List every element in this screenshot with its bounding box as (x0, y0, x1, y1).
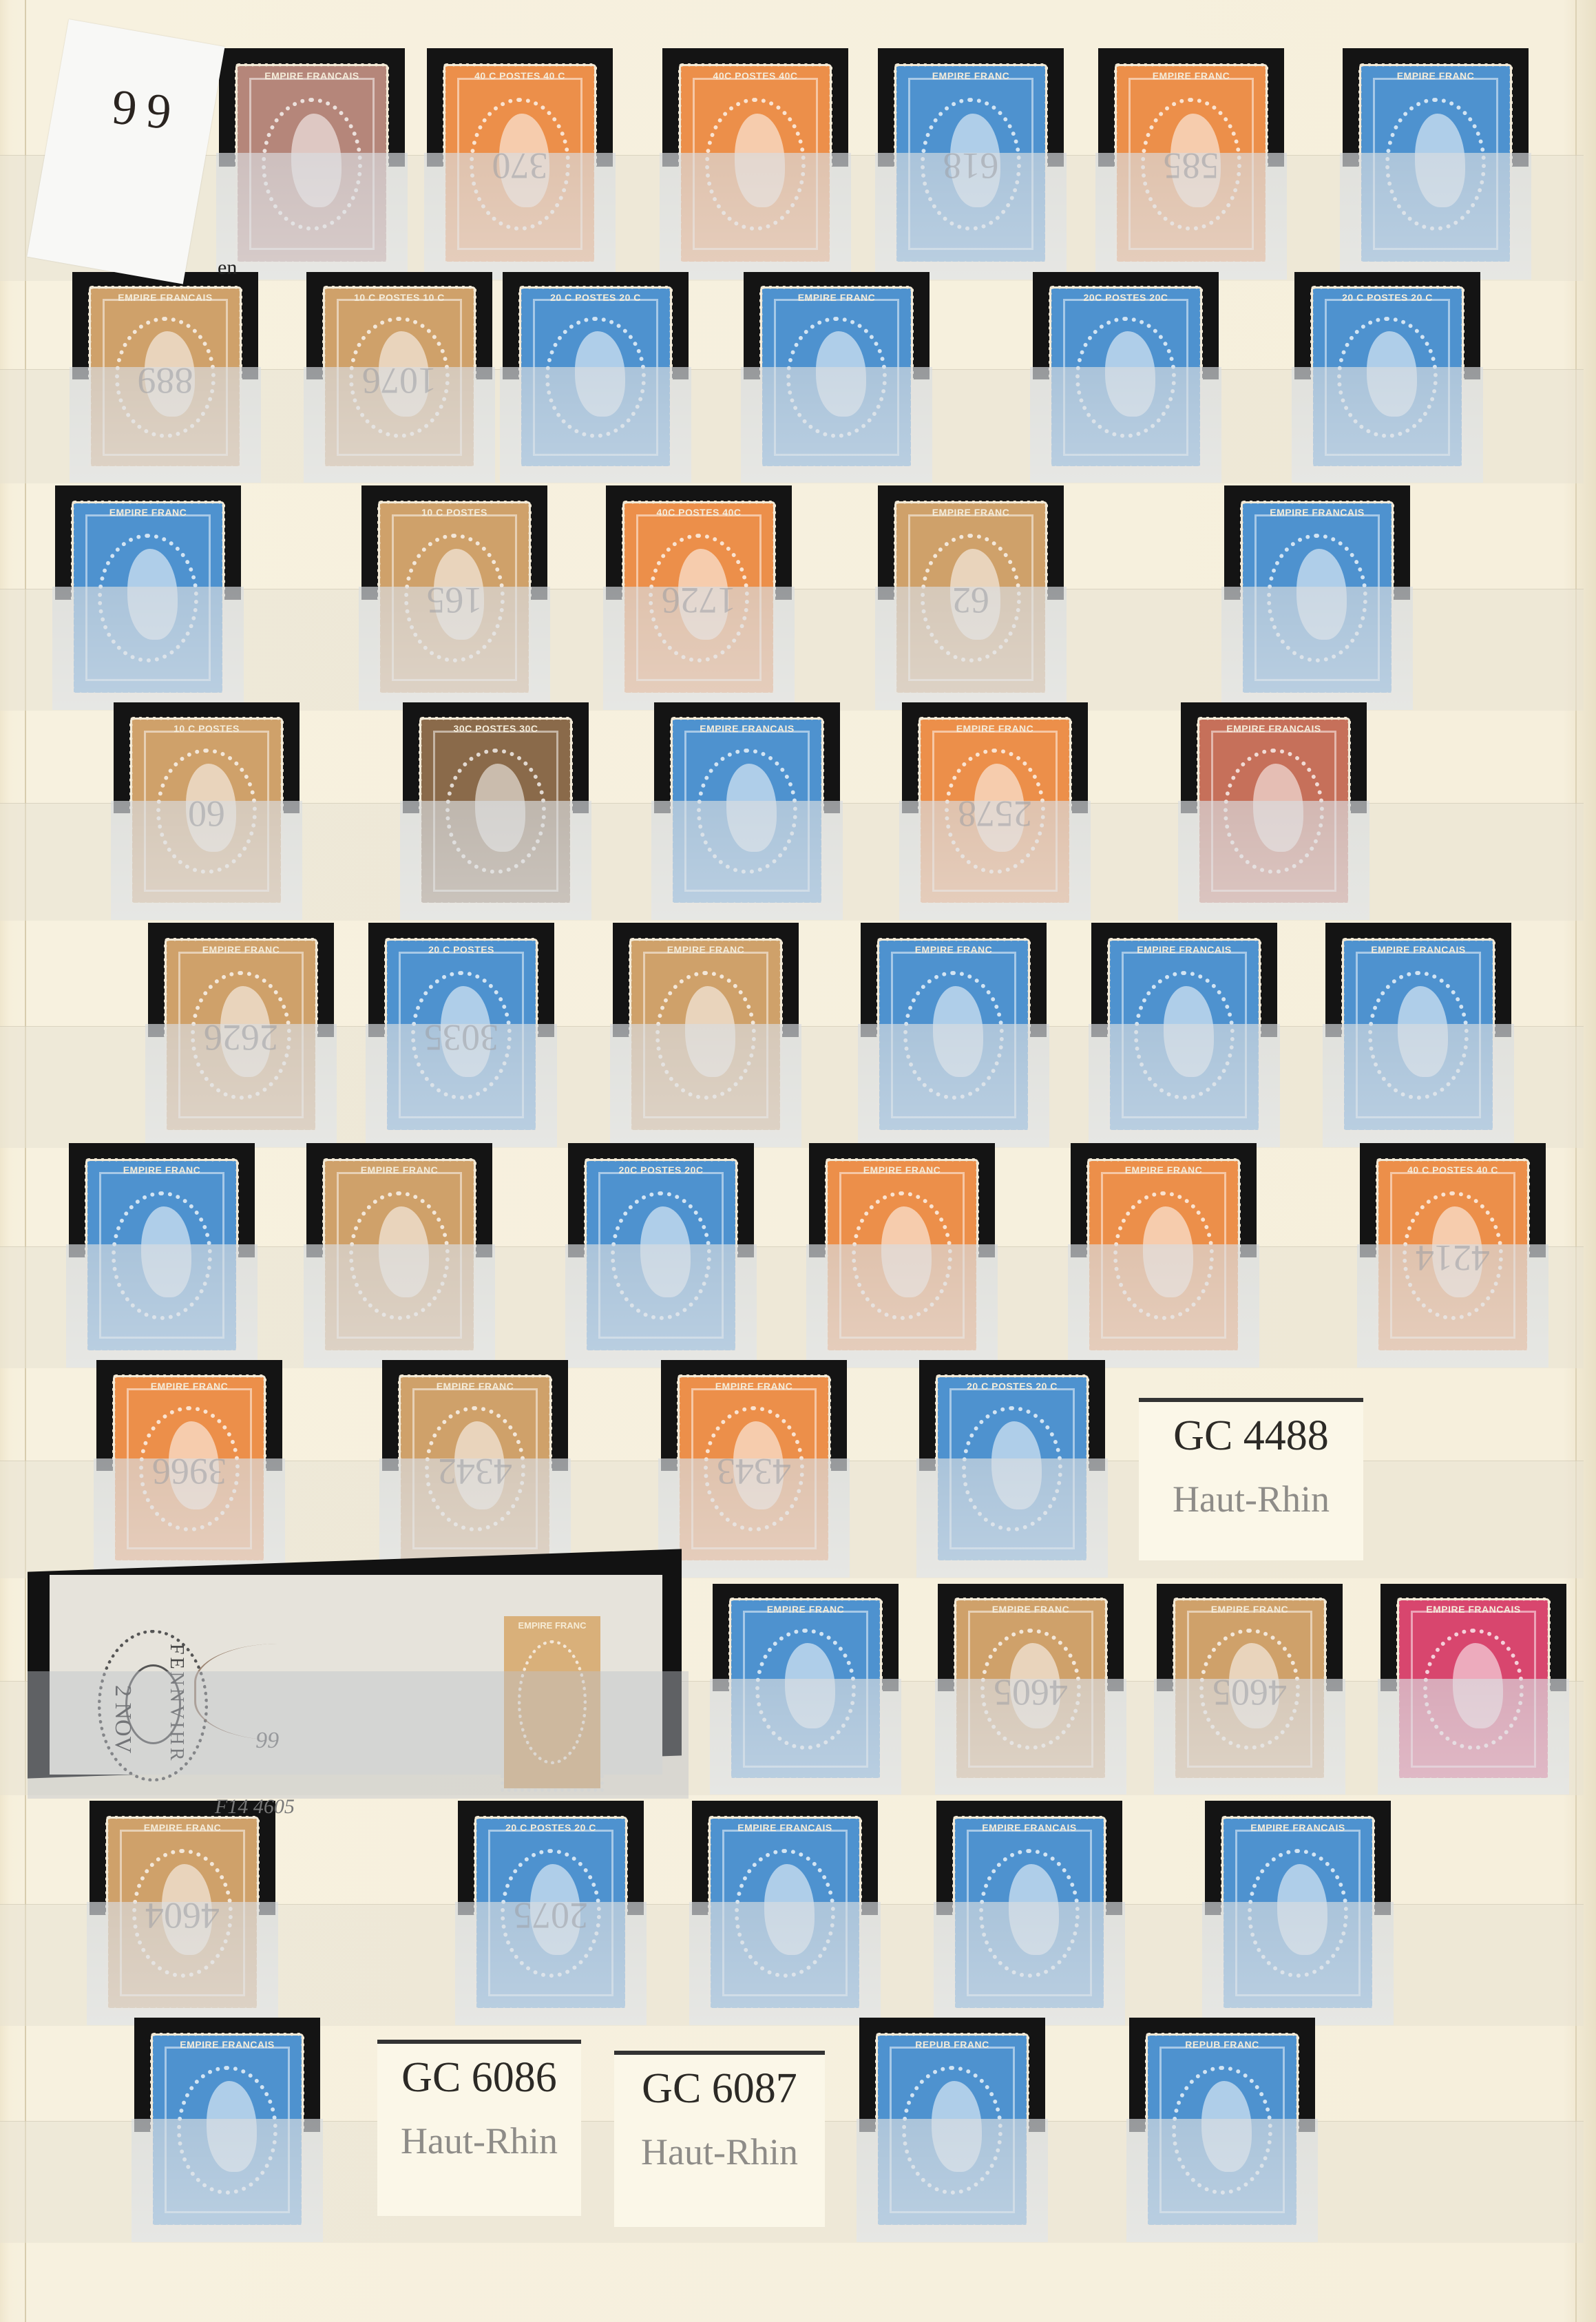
stamp-slot: 40 C POSTES 40 C370 (427, 48, 613, 275)
stamp-legend: EMPIRE FRANCAIS (1243, 507, 1392, 518)
stamp-slot: EMPIRE FRANC62 (878, 485, 1064, 706)
glassine-cover (87, 1902, 278, 2025)
glassine-cover (52, 587, 244, 710)
stamp-slot: EMPIRE FRANC4343 (661, 1360, 847, 1573)
stamp-legend: EMPIRE FRANC (1361, 70, 1510, 81)
glassine-cover (689, 1902, 881, 2025)
department-name: Haut-Rhin (377, 2120, 581, 2162)
glassine-cover (1178, 801, 1369, 920)
glassine-cover (875, 153, 1067, 280)
glassine-cover (216, 153, 408, 280)
stamp-legend: 20C POSTES 20C (587, 1164, 735, 1175)
stamp-legend: EMPIRE FRANCAIS (1224, 1822, 1372, 1833)
stamp-slot: 40 C POSTES 40 C4214 (1360, 1143, 1546, 1363)
glassine-cover (934, 1902, 1125, 2025)
glassine-cover (1068, 1244, 1259, 1368)
stamp-legend: 20 C POSTES 20 C (1313, 292, 1462, 303)
stamp-legend: EMPIRE FRANC (115, 1381, 264, 1392)
stamp-legend: EMPIRE FRANCAIS (91, 292, 240, 303)
stamp-legend: 30C POSTES 30C (421, 723, 570, 734)
stamp-legend: 10 C POSTES 10 C (325, 292, 474, 303)
stamp-slot: EMPIRE FRANC4605 (1157, 1584, 1343, 1790)
glassine-cover (1378, 1679, 1569, 1795)
stamp-slot: EMPIRE FRANC4604 (90, 1801, 275, 2021)
stamp-slot: EMPIRE FRANC618 (878, 48, 1064, 275)
gc-label-4488: GC 4488 Haut-Rhin (1139, 1398, 1363, 1560)
gc-label-6086: GC 6086 Haut-Rhin (377, 2040, 581, 2216)
glassine-cover (366, 1024, 557, 1147)
glassine-cover (565, 1244, 757, 1368)
glassine-cover (857, 2119, 1048, 2242)
stamp-slot: EMPIRE FRANC2626 (148, 923, 334, 1143)
glassine-cover (603, 587, 795, 710)
stamp-legend: EMPIRE FRANC (731, 1604, 880, 1615)
stamp-slot: EMPIRE FRANCAIS (134, 2018, 320, 2238)
glassine-cover (916, 1458, 1108, 1578)
stamp-legend: EMPIRE FRANC (325, 1164, 474, 1175)
stamp-legend: EMPIRE FRANCAIS (238, 70, 386, 81)
glassine-cover (651, 801, 843, 920)
stamp-legend: EMPIRE FRANC (896, 507, 1045, 518)
glassine-cover (132, 2119, 323, 2242)
stamp-legend: EMPIRE FRANC (828, 1164, 976, 1175)
stamp-slot: EMPIRE FRANCAIS (1091, 923, 1277, 1143)
glassine-cover (1089, 1024, 1280, 1147)
gc-code: GC 6086 (377, 2053, 581, 2102)
stamp-legend: EMPIRE FRANC (401, 1381, 549, 1392)
stamp-slot: EMPIRE FRANC (55, 485, 241, 706)
stamp-legend: EMPIRE FRANC (1117, 70, 1266, 81)
stamp-legend: 10 C POSTES (132, 723, 281, 734)
stamp-slot: EMPIRE FRANC (744, 272, 930, 479)
cover-glassine (28, 1671, 689, 1799)
gc-code: GC 6087 (614, 2064, 825, 2113)
pencil-note-catalog: F14 4605 (215, 1795, 295, 1819)
glassine-cover (304, 1244, 495, 1368)
stamp-slot: 10 C POSTES60 (114, 702, 300, 916)
stamp-legend: EMPIRE FRANC (1175, 1604, 1324, 1615)
stamp-legend: 10 C POSTES (380, 507, 529, 518)
glassine-cover (1292, 367, 1483, 483)
stamp-slot: EMPIRE FRANCAIS889 (72, 272, 258, 479)
glassine-cover (400, 801, 591, 920)
stamp-legend: EMPIRE FRANCAIS (1110, 944, 1259, 955)
stamp-legend: 20 C POSTES 20 C (938, 1381, 1086, 1392)
stamp-slot: EMPIRE FRANC (69, 1143, 255, 1363)
glassine-cover (1154, 1679, 1345, 1795)
stamp-legend: EMPIRE FRANC (631, 944, 780, 955)
stamp-legend: EMPIRE FRANC (504, 1620, 600, 1631)
stamp-slot: EMPIRE FRANC (306, 1143, 492, 1363)
stamp-legend: 20 C POSTES 20 C (521, 292, 670, 303)
stamp-legend: 20C POSTES 20C (1051, 292, 1200, 303)
stamp-slot: EMPIRE FRANC (861, 923, 1047, 1143)
stamp-slot: EMPIRE FRANC (713, 1584, 899, 1790)
glassine-cover (1202, 1902, 1394, 2025)
stamp-legend: EMPIRE FRANC (680, 1381, 828, 1392)
stamp-slot: EMPIRE FRANC (1343, 48, 1529, 275)
stamp-slot: 20C POSTES 20C (568, 1143, 754, 1363)
stamp-legend: 20 C POSTES 20 C (476, 1822, 625, 1833)
stamp-slot: 20 C POSTES 20 C2075 (458, 1801, 644, 2021)
department-name: Haut-Rhin (614, 2131, 825, 2173)
stamp-slot: 20 C POSTES 20 C (919, 1360, 1105, 1573)
stamp-slot: 20 C POSTES 20 C (1294, 272, 1480, 479)
glassine-cover (710, 1679, 901, 1795)
stamp-legend: 40C POSTES 40C (624, 507, 773, 518)
stamp-legend: EMPIRE FRANC (896, 70, 1045, 81)
stamp-slot: 40C POSTES 40C (662, 48, 848, 275)
stamp-legend: EMPIRE FRANC (87, 1164, 236, 1175)
stamp-legend: EMPIRE FRANCAIS (1199, 723, 1348, 734)
stamp-slot: 10 C POSTES 10 C1076 (306, 272, 492, 479)
stamp-slot: EMPIRE FRANCAIS (654, 702, 840, 916)
gc-code: GC 4488 (1139, 1412, 1363, 1461)
stamp-legend: 40 C POSTES 40 C (445, 70, 594, 81)
stamp-slot: EMPIRE FRANC (809, 1143, 995, 1363)
stamp-legend: EMPIRE FRANC (1089, 1164, 1238, 1175)
stamp-legend: EMPIRE FRANC (956, 1604, 1105, 1615)
stamp-slot: EMPIRE FRANC (613, 923, 799, 1143)
stamp-legend: EMPIRE FRANCAIS (673, 723, 821, 734)
department-name: Haut-Rhin (1139, 1478, 1363, 1520)
stamp-legend: EMPIRE FRANC (108, 1822, 257, 1833)
glassine-cover (875, 587, 1067, 710)
stamp-legend: EMPIRE FRANC (879, 944, 1028, 955)
glassine-cover (935, 1679, 1126, 1795)
page-number-note: 66 (100, 77, 174, 141)
glassine-cover (899, 801, 1091, 920)
glassine-cover (145, 1024, 337, 1147)
stamp-legend: EMPIRE FRANC (762, 292, 911, 303)
stamp-slot: EMPIRE FRANC2578 (902, 702, 1088, 916)
stamp-slot: EMPIRE FRANC4605 (938, 1584, 1124, 1790)
stamp-slot: 10 C POSTES165 (361, 485, 547, 706)
gc-label-6087: GC 6087 Haut-Rhin (614, 2051, 825, 2227)
stamp-legend: EMPIRE FRANCAIS (153, 2039, 302, 2050)
glassine-cover (1323, 1024, 1514, 1147)
stamp-slot: REPUB FRANC (1129, 2018, 1315, 2238)
stamp-legend: EMPIRE FRANC (921, 723, 1069, 734)
glassine-cover (1221, 587, 1413, 710)
label-stub-text: en (218, 256, 237, 280)
glassine-cover (660, 153, 851, 280)
stamp-legend: EMPIRE FRANCAIS (1399, 1604, 1548, 1615)
stamp-slot: EMPIRE FRANCAIS (936, 1801, 1122, 2021)
glassine-cover (455, 1902, 647, 2025)
stamp-slot: 20 C POSTES3035 (368, 923, 554, 1143)
stamp-slot: EMPIRE FRANCAIS (1325, 923, 1511, 1143)
glassine-cover (806, 1244, 998, 1368)
glassine-cover (111, 801, 302, 920)
stamp-slot: EMPIRE FRANCAIS (1181, 702, 1367, 916)
glassine-cover (70, 367, 261, 483)
glassine-cover (500, 367, 691, 483)
stamp-slot: EMPIRE FRANC (1071, 1143, 1257, 1363)
stamp-slot: EMPIRE FRANCAIS (219, 48, 405, 275)
glassine-cover (610, 1024, 801, 1147)
glassine-cover (304, 367, 495, 483)
stamp-legend: EMPIRE FRANCAIS (711, 1822, 859, 1833)
stamp-legend: REPUB FRANC (1148, 2039, 1296, 2050)
stamp-legend: 20 C POSTES (387, 944, 536, 955)
stamp-legend: REPUB FRANC (878, 2039, 1027, 2050)
stamp-legend: 40C POSTES 40C (681, 70, 830, 81)
stamp-legend: 40 C POSTES 40 C (1378, 1164, 1527, 1175)
stamp-slot: EMPIRE FRANCAIS (692, 1801, 878, 2021)
stamp-slot: EMPIRE FRANCAIS (1380, 1584, 1566, 1790)
glassine-cover (66, 1244, 258, 1368)
stamp-slot: 20 C POSTES 20 C (503, 272, 689, 479)
stamp-legend: EMPIRE FRANC (167, 944, 315, 955)
glassine-cover (1357, 1244, 1548, 1368)
stamp-slot: EMPIRE FRANCAIS (1224, 485, 1410, 706)
glassine-cover (1126, 2119, 1318, 2242)
album-page: EMPIRE FRANCAIS40 C POSTES 40 C37040C PO… (0, 0, 1596, 2322)
stamp-legend: EMPIRE FRANC (74, 507, 222, 518)
stamp-slot: 20C POSTES 20C (1033, 272, 1219, 479)
stamp-slot: REPUB FRANC (859, 2018, 1045, 2238)
glassine-cover (1095, 153, 1287, 280)
glassine-cover (1030, 367, 1221, 483)
stamp-legend: EMPIRE FRANCAIS (1344, 944, 1493, 955)
glassine-cover (359, 587, 550, 710)
stamp-slot: EMPIRE FRANC585 (1098, 48, 1284, 275)
glassine-cover (858, 1024, 1049, 1147)
stamp-slot: EMPIRE FRANCAIS (1205, 1801, 1391, 2021)
stamp-slot: 40C POSTES 40C1726 (606, 485, 792, 706)
stamp-slot: 30C POSTES 30C (403, 702, 589, 916)
glassine-cover (1340, 153, 1531, 280)
cover-fragment: FENNVIHR 2 NOV 66 F14 4605 EMPIRE FRANC (28, 1537, 689, 1799)
stamp-legend: EMPIRE FRANCAIS (955, 1822, 1104, 1833)
glassine-cover (741, 367, 932, 483)
glassine-cover (424, 153, 616, 280)
